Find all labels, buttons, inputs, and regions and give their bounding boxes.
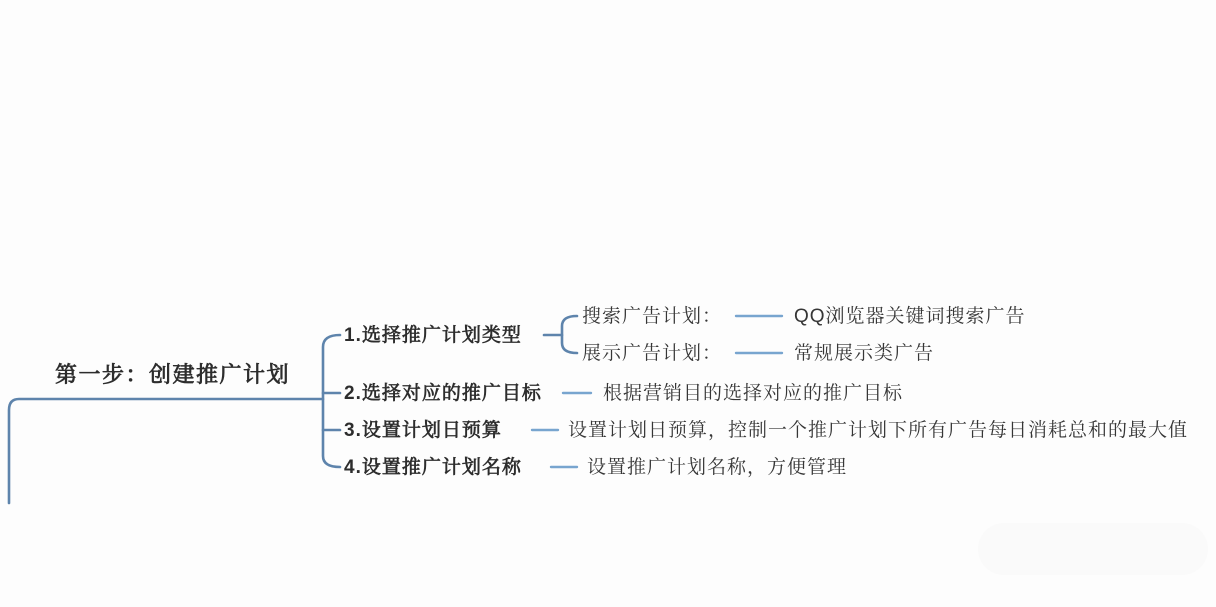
branch-2-label: 2.选择对应的推广目标 (344, 384, 542, 403)
branch-1-child-1-label: 搜索广告计划： (582, 307, 722, 326)
mindmap-canvas: 第一步：创建推广计划 1.选择推广计划类型 搜索广告计划： QQ浏览器关键词搜索… (0, 0, 1216, 607)
branch-4-description: 设置推广计划名称，方便管理 (587, 458, 847, 477)
main-bracket-line (323, 335, 340, 467)
branch-1-child-1-description: QQ浏览器关键词搜索广告 (794, 307, 1026, 326)
branch-1-child-2-label: 展示广告计划： (582, 344, 722, 363)
connector-lines (0, 0, 1216, 607)
branch-1-child-2-description: 常规展示类广告 (794, 344, 934, 363)
branch-4-label: 4.设置推广计划名称 (344, 458, 522, 477)
faint-watermark (978, 523, 1208, 575)
sub-bracket-line (562, 316, 577, 353)
branch-3-label: 3.设置计划日预算 (344, 421, 502, 440)
branch-2-description: 根据营销目的选择对应的推广目标 (603, 384, 903, 403)
branch-3-description: 设置计划日预算，控制一个推广计划下所有广告每日消耗总和的最大值 (568, 421, 1188, 440)
root-node-label: 第一步：创建推广计划 (55, 362, 290, 388)
branch-1-label: 1.选择推广计划类型 (344, 326, 522, 345)
root-branch-line (9, 399, 323, 503)
